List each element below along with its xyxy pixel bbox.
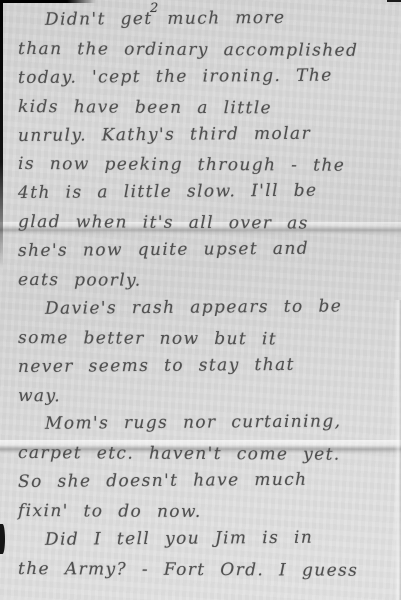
handwritten-line: the Army? - Fort Ord. I guess — [18, 555, 395, 586]
handwritten-line: So she doesn't have much — [18, 465, 395, 497]
handwritten-line: Davie's rash appears to be — [18, 292, 395, 324]
handwritten-line: 4th is a little slow. I'll be — [18, 176, 395, 208]
handwritten-line: never seems to stay that — [18, 350, 395, 382]
handwritten-line: Did I tell you Jim is in — [18, 523, 395, 555]
photo-edge-left — [0, 0, 3, 270]
photo-edge-top-right — [387, 0, 401, 2]
handwritten-line: today. 'cept the ironing. The — [18, 61, 395, 93]
handwritten-line: Didn't get much more — [18, 3, 395, 35]
photo-edge-smudge — [0, 524, 5, 554]
letter-body: Didn't get much more than the ordinary a… — [0, 6, 401, 584]
letter-photo: 2 Didn't get much more than the ordinary… — [0, 0, 401, 600]
handwritten-line: she's now quite upset and — [18, 234, 395, 266]
handwritten-line: Mom's rugs nor curtaining, — [18, 408, 395, 440]
photo-edge-top — [0, 0, 96, 3]
handwritten-line: unruly. Kathy's third molar — [18, 119, 395, 151]
